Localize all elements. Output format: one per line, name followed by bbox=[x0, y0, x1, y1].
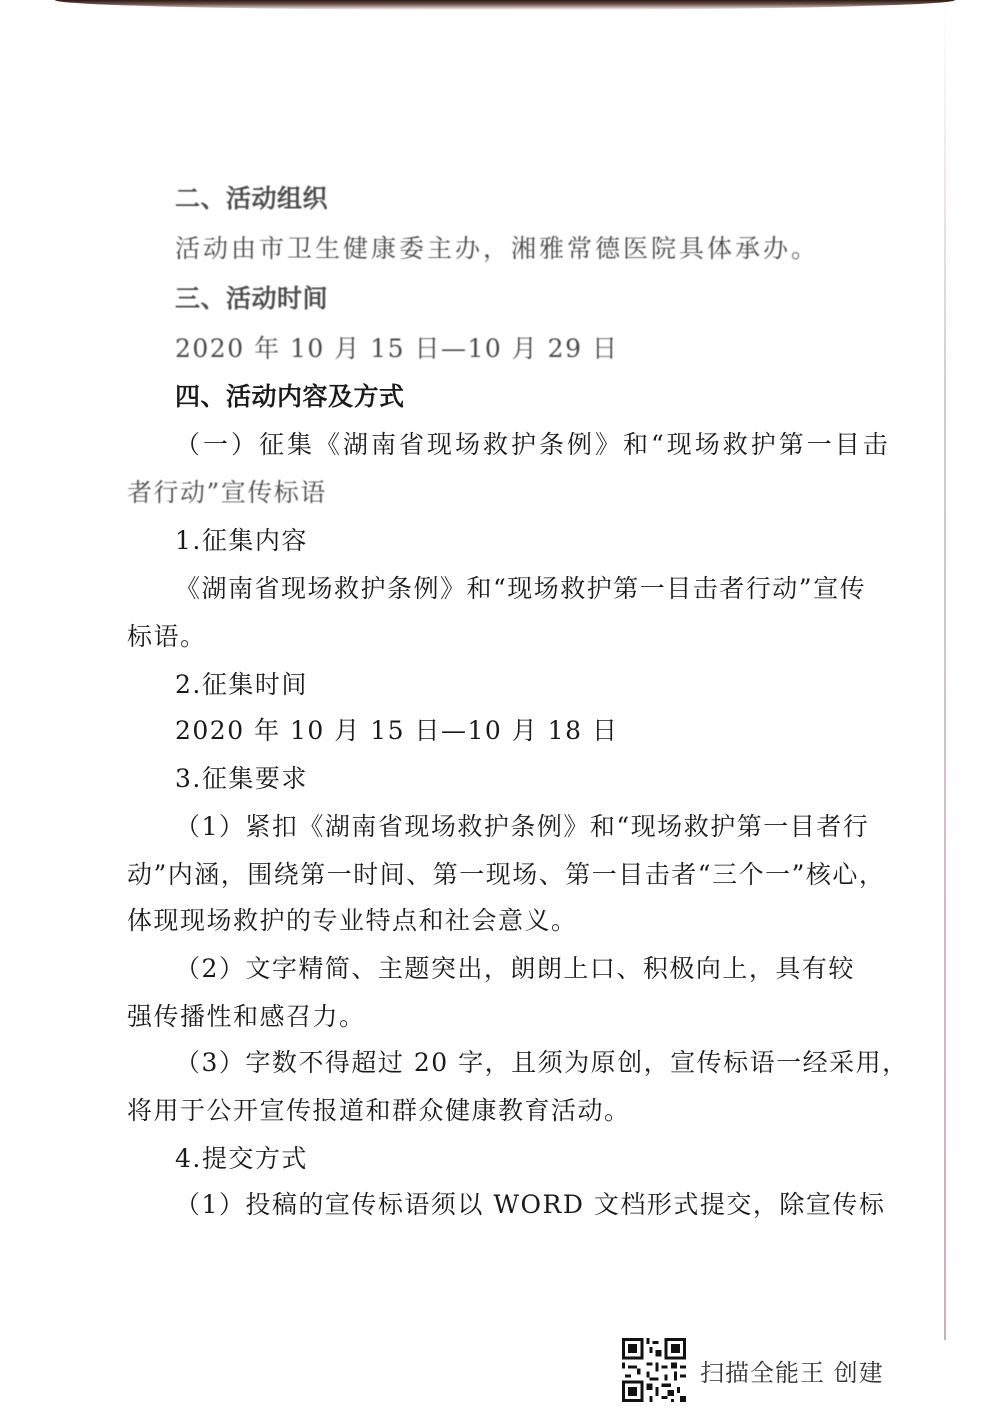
item-heading-time: 2.征集时间 bbox=[175, 670, 308, 700]
section-heading-time: 三、活动时间 bbox=[175, 284, 328, 314]
paragraph-organization: 活动由市卫生健康委主办，湘雅常德医院具体承办。 bbox=[175, 234, 819, 264]
scanner-watermark: 扫描全能王 创建 bbox=[622, 1340, 884, 1400]
paragraph-collect-time: 2020 年 10 月 15 日—10 月 18 日 bbox=[175, 716, 618, 746]
item-heading-submission: 4.提交方式 bbox=[175, 1144, 308, 1174]
section-heading-content: 四、活动内容及方式 bbox=[175, 382, 405, 412]
page-edge bbox=[944, 0, 946, 1340]
requirement-1-line1: （1）紧扣《湖南省现场救护条例》和“现场救护第一目者行 bbox=[175, 812, 869, 842]
paragraph-time: 2020 年 10 月 15 日—10 月 29 日 bbox=[175, 334, 618, 364]
requirement-2-line1: （2）文字精简、主题突出，朗朗上口、积极向上，具有较 bbox=[175, 954, 855, 984]
paragraph-content-line2: 标语。 bbox=[127, 622, 207, 652]
submission-1-line1: （1）投稿的宣传标语须以 WORD 文档形式提交，除宣传标 bbox=[175, 1190, 885, 1220]
qr-code-icon bbox=[622, 1338, 686, 1402]
paragraph-content-line1: 《湖南省现场救护条例》和“现场救护第一目击者行动”宣传 bbox=[175, 574, 866, 604]
watermark-text: 扫描全能王 创建 bbox=[700, 1353, 884, 1388]
subsection-heading-line1: （一）征集《湖南省现场救护条例》和“现场救护第一目击 bbox=[175, 430, 891, 460]
requirement-2-line2: 强传播性和感召力。 bbox=[127, 1002, 366, 1032]
requirement-1-line2: 动”内涵，围绕第一时间、第一现场、第一目击者“三个一”核心， bbox=[127, 860, 885, 890]
requirement-1-line3: 体现现场救护的专业特点和社会意义。 bbox=[127, 906, 578, 936]
subsection-heading-line2: 者行动”宣传标语 bbox=[127, 478, 327, 508]
item-heading-requirements: 3.征集要求 bbox=[175, 764, 308, 794]
scan-edge-shadow bbox=[55, 0, 955, 10]
item-heading-content: 1.征集内容 bbox=[175, 526, 308, 556]
requirement-3-line2: 将用于公开宣传报道和群众健康教育活动。 bbox=[127, 1096, 631, 1126]
requirement-3-line1: （3）字数不得超过 20 字，且须为原创，宣传标语一经采用， bbox=[175, 1048, 909, 1078]
section-heading-organization: 二、活动组织 bbox=[175, 184, 328, 214]
